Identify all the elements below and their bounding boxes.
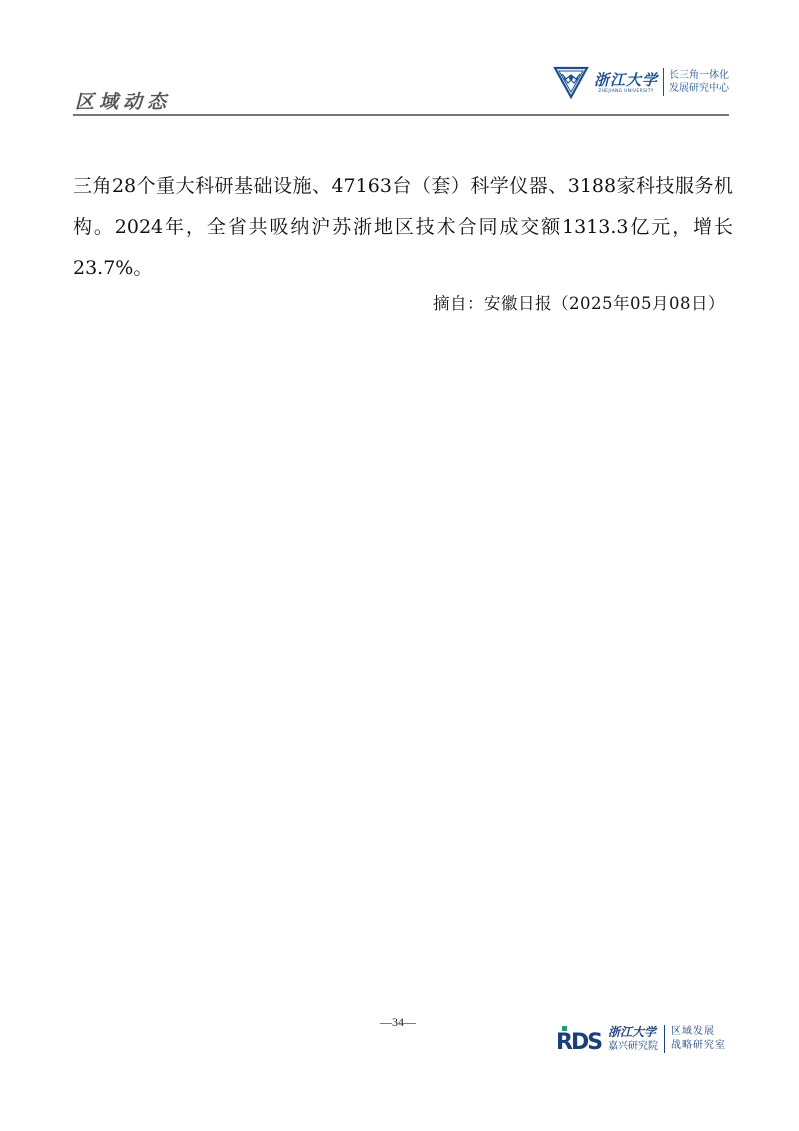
- zju-emblem-icon: [553, 65, 589, 99]
- center-name-line1: 长三角一体化: [669, 69, 729, 82]
- rds-office-name: 区域发展 战略研究室: [671, 1025, 726, 1053]
- office-line1: 区域发展: [671, 1025, 726, 1039]
- zju-center-logo: 浙江大学 ZHEJIANG UNIVERSITY 长三角一体化 发展研究中心: [553, 64, 729, 100]
- article-body: 三角28个重大科研基础设施、47163台（套）科学仪器、3188家科技服务机构。…: [73, 166, 733, 289]
- section-title: 区域动态: [75, 87, 171, 114]
- center-name-line2: 发展研究中心: [669, 82, 729, 95]
- university-name-en: ZHEJIANG UNIVERSITY: [598, 89, 654, 94]
- header-divider: [73, 114, 729, 116]
- office-line2: 战略研究室: [671, 1039, 726, 1053]
- rds-institute-name: 浙江大学 嘉兴研究院: [608, 1025, 658, 1054]
- university-name: 浙江大学: [594, 71, 658, 89]
- rds-institute-logo: RDS 浙江大学 嘉兴研究院 区域发展 战略研究室: [556, 1020, 726, 1058]
- page-number: —34—: [380, 1015, 416, 1030]
- page-header: 区域动态 浙江大学 ZHEJIANG UNIVERSITY 长三角一体化 发展研…: [73, 60, 729, 116]
- footer-institute: 嘉兴研究院: [608, 1040, 658, 1054]
- footer-logo-divider: [664, 1025, 665, 1053]
- footer-university-name: 浙江大学: [608, 1025, 658, 1040]
- article-source: 摘自：安徽日报（2025年05月08日）: [433, 290, 725, 314]
- rds-mark-icon: RDS: [556, 1022, 604, 1056]
- zju-wordmark: 浙江大学 ZHEJIANG UNIVERSITY: [594, 71, 658, 94]
- logo-divider: [663, 68, 664, 96]
- center-name: 长三角一体化 发展研究中心: [669, 69, 729, 95]
- article-paragraph: 三角28个重大科研基础设施、47163台（套）科学仪器、3188家科技服务机构。…: [73, 166, 733, 289]
- rds-letters: RDS: [556, 1031, 601, 1055]
